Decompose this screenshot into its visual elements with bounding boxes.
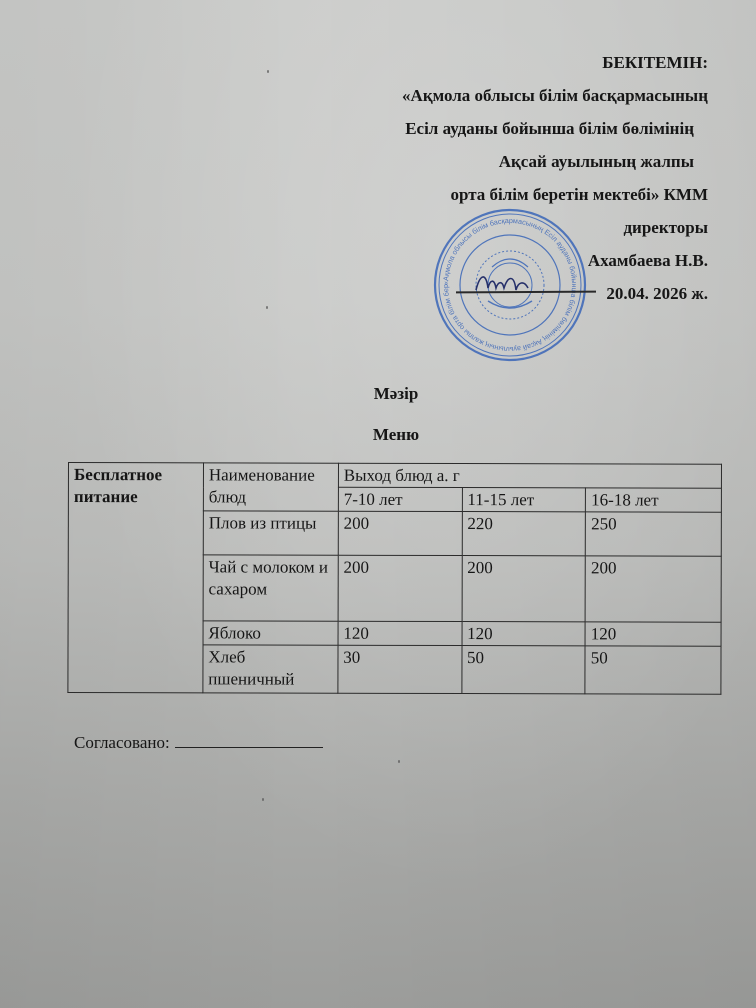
dish-name: Чай с молоком и сахаром	[203, 555, 338, 621]
portion-value: 30	[338, 645, 462, 693]
agreed-signature-blank	[175, 732, 323, 748]
paper-speck	[267, 70, 269, 73]
approval-heading: БЕКІТЕМІН:	[288, 46, 708, 79]
portion-value: 120	[462, 622, 586, 646]
portion-value: 50	[585, 646, 721, 694]
portion-value: 120	[338, 621, 462, 645]
menu-table: Бесплатное питание Наименование блюд Вых…	[67, 462, 722, 695]
paper-speck	[398, 760, 400, 763]
menu-title-kazakh: Мәзір	[18, 384, 756, 404]
paper-speck	[266, 306, 268, 309]
approval-line: Ақсай ауылының жалпы	[288, 145, 694, 178]
approval-line: «Ақмола облысы білім басқармасының	[288, 79, 708, 112]
agreed-label: Согласовано:	[74, 733, 170, 752]
handwritten-signature-icon	[470, 266, 540, 298]
portion-value: 220	[462, 512, 586, 556]
age-group-header: 11-15 лет	[462, 488, 586, 512]
dish-name: Яблоко	[203, 621, 338, 645]
approval-line: Есіл ауданы бойынша білім бөлімінің	[288, 112, 694, 145]
portion-value: 200	[338, 511, 462, 555]
dish-name: Плов из птицы	[203, 511, 338, 555]
portion-value: 120	[585, 622, 721, 646]
paper-speck	[262, 798, 264, 801]
portion-value: 200	[338, 555, 462, 621]
portion-value: 250	[586, 512, 722, 556]
portion-value: 200	[462, 556, 586, 622]
table-header-row: Бесплатное питание Наименование блюд Вых…	[68, 463, 721, 489]
menu-title-russian: Меню	[18, 425, 756, 445]
age-group-header: 7-10 лет	[338, 487, 462, 511]
group-label-cell: Бесплатное питание	[68, 463, 203, 693]
output-header: Выход блюд а. г	[338, 463, 721, 488]
agreed-field: Согласовано:	[74, 732, 323, 753]
portion-value: 200	[585, 556, 721, 622]
dish-name: Хлеб пшеничный	[203, 645, 338, 693]
dish-name-header: Наименование блюд	[203, 463, 338, 511]
portion-value: 50	[461, 646, 585, 694]
age-group-header: 16-18 лет	[586, 488, 722, 512]
